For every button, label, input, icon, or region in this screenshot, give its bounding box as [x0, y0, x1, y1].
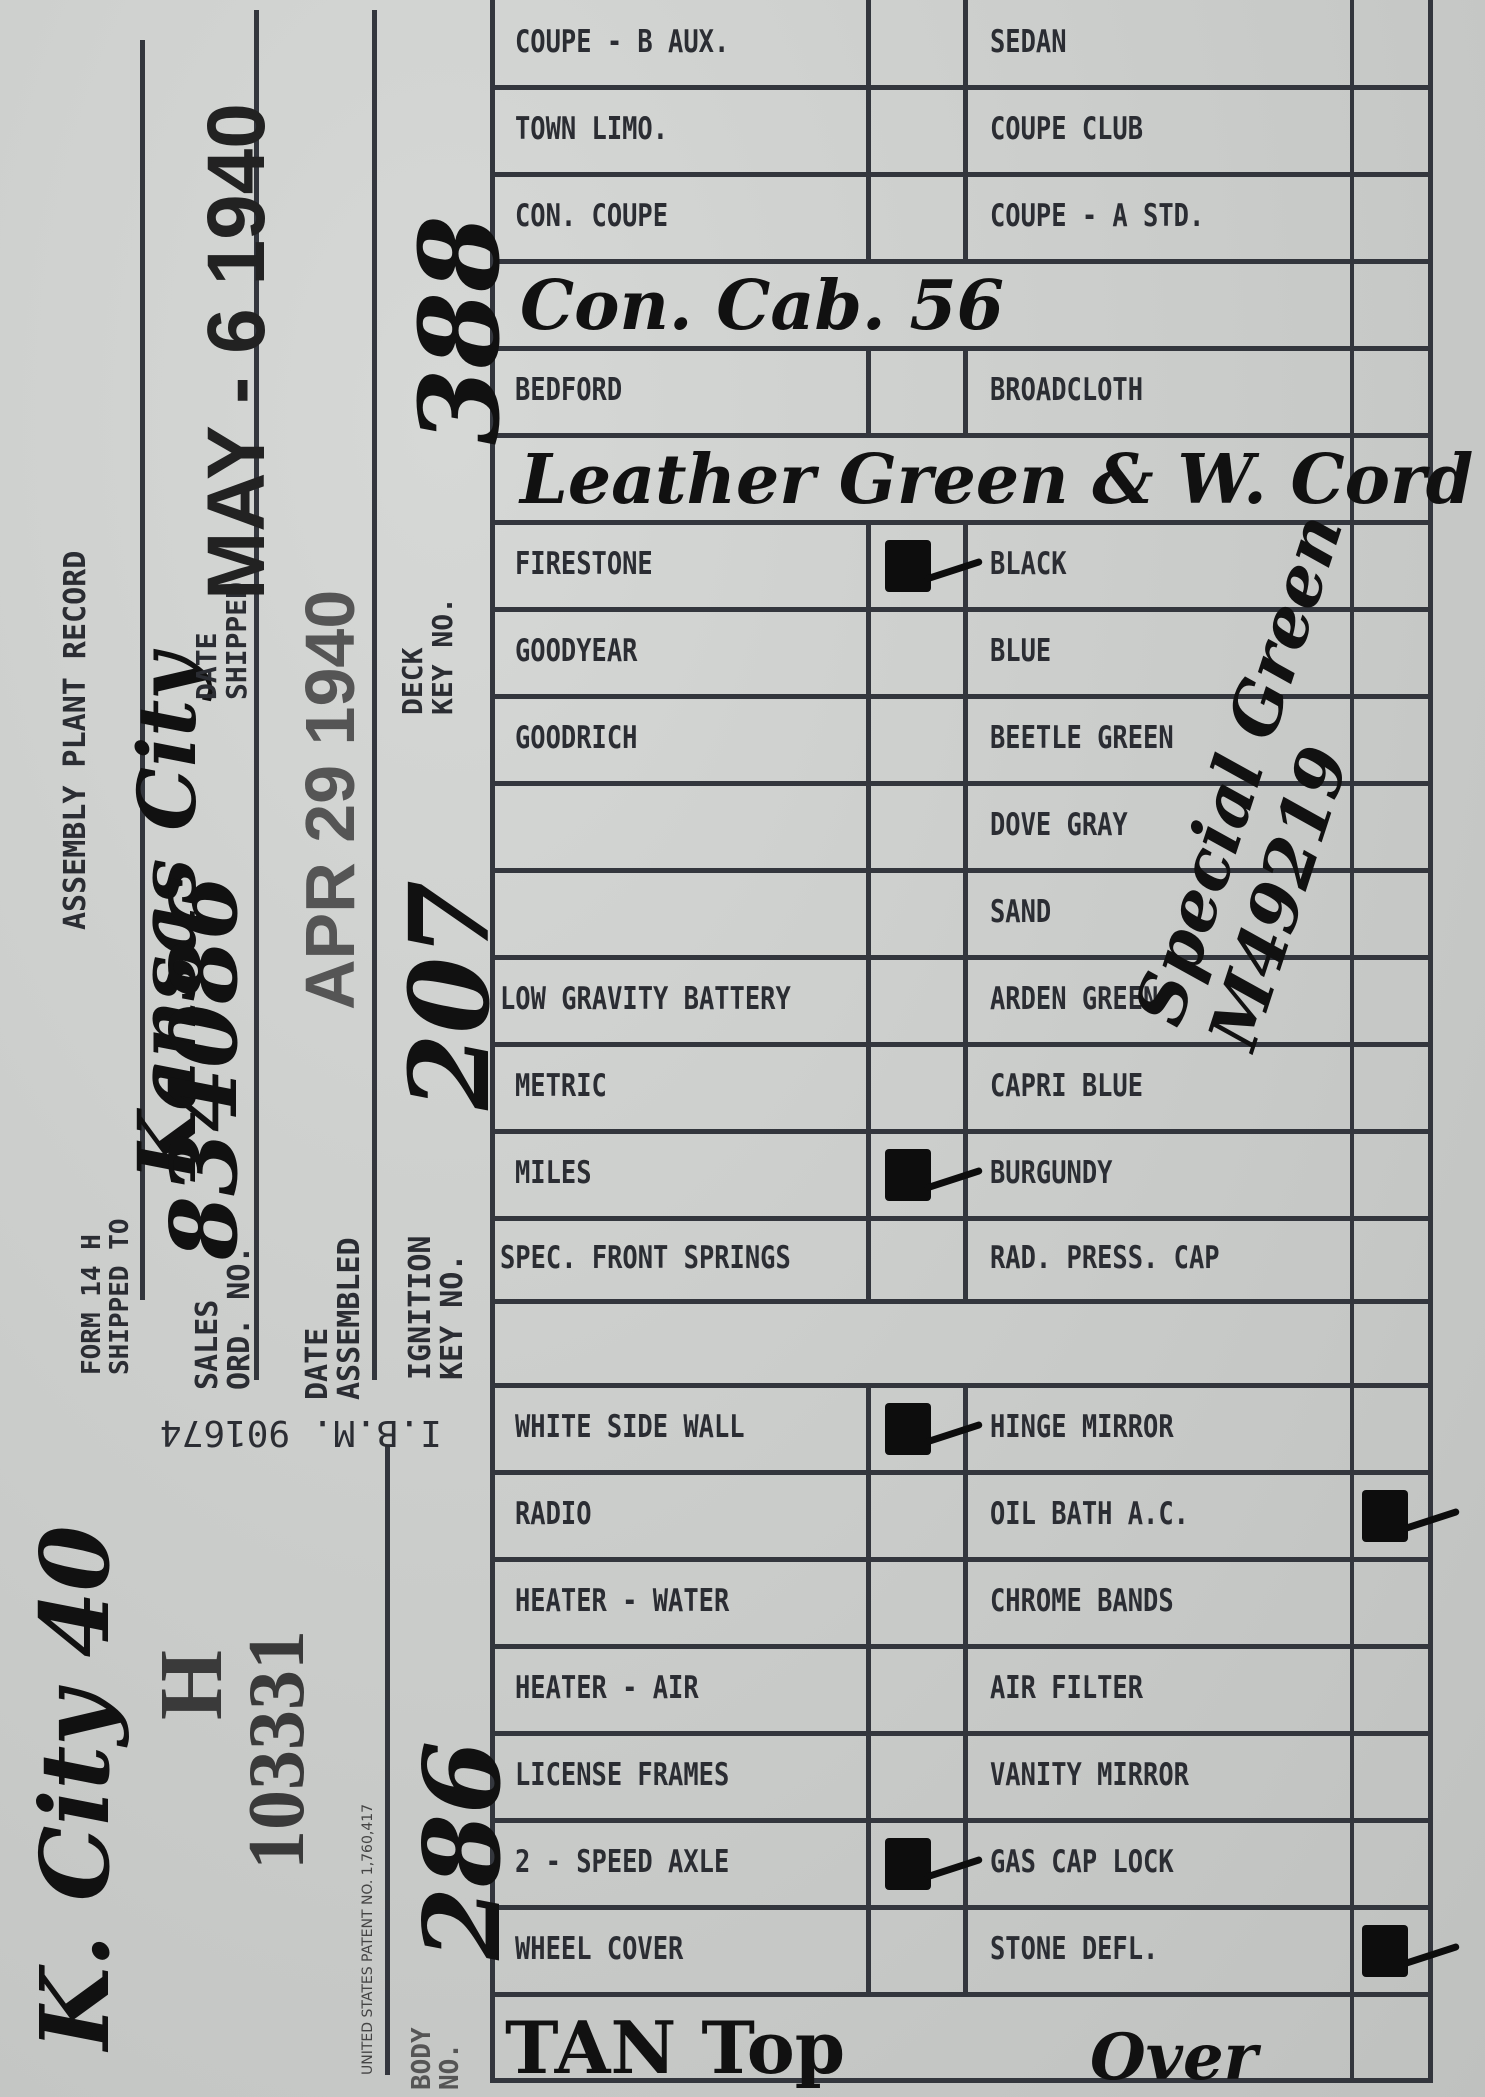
option-label-right: HINGE MIRROR [990, 1409, 1174, 1445]
value-deck-key: 388 [395, 215, 524, 445]
grid-check-divider [963, 348, 968, 435]
handwritten-row-note: Leather Green & W. Cord [520, 440, 1473, 520]
grid-col-divider [866, 522, 871, 1301]
label-body-no: BODY NO. [408, 2027, 464, 2090]
value-body-no: 286 [400, 1741, 524, 1960]
grid-row-line [490, 1470, 1433, 1475]
option-label-right: SEDAN [990, 24, 1067, 60]
option-label-left: HEATER - AIR [515, 1670, 699, 1706]
option-label-right: BURGUNDY [990, 1155, 1112, 1191]
option-label-left: GOODYEAR [515, 633, 637, 669]
checkmark-tail [924, 1420, 983, 1445]
grid-col-divider [866, 1385, 871, 1994]
grid-row-line [490, 1383, 1433, 1388]
option-label-left: 2 - SPEED AXLE [515, 1844, 729, 1880]
grid-check-divider [963, 0, 968, 261]
option-label-left: WHEEL COVER [515, 1931, 683, 1967]
option-label-right: CAPRI BLUE [990, 1068, 1143, 1104]
checkmark-icon-right[interactable] [1362, 1490, 1408, 1542]
grid-row-line [490, 1129, 1433, 1134]
grid-check-divider [963, 1385, 968, 1994]
option-label-left: LICENSE FRAMES [515, 1757, 729, 1793]
option-label-left: GOODRICH [515, 720, 637, 756]
grid-row-line [490, 85, 1433, 90]
option-label-right: OIL BATH A.C. [990, 1496, 1189, 1532]
grid-col-divider [866, 0, 871, 261]
option-label-left: CON. COUPE [515, 198, 668, 234]
grid-right-col [1350, 0, 1354, 2080]
footer-over: Over [1090, 2020, 1257, 2095]
option-label-left: LOW GRAVITY BATTERY [500, 981, 791, 1017]
option-label-right: VANITY MIRROR [990, 1757, 1189, 1793]
divider-left-3 [372, 10, 377, 1380]
option-label-left: BEDFORD [515, 372, 622, 408]
grid-col-divider [866, 348, 871, 435]
option-label-right: RAD. PRESS. CAP [990, 1240, 1220, 1276]
option-label-right: CHROME BANDS [990, 1583, 1174, 1619]
handwritten-city-code: K. City 40 [20, 1525, 131, 2050]
grid-row-line [490, 1644, 1433, 1649]
label-ignition-key-no: IGNITION KEY NO. [405, 1236, 469, 1381]
assembly-plant-record-card: COUPE - B AUX.SEDANTOWN LIMO.COUPE CLUBC… [0, 0, 1485, 2097]
option-label-left: WHITE SIDE WALL [515, 1409, 745, 1445]
option-label-left: COUPE - B AUX. [515, 24, 729, 60]
grid-row-line [490, 1992, 1433, 1997]
grid-row-line [490, 172, 1433, 177]
grid-row-line [490, 346, 1433, 351]
grid-row-line [490, 1557, 1433, 1562]
label-deck-key-no: DECK KEY NO. [398, 597, 458, 715]
checkmark-icon-left[interactable] [885, 1838, 931, 1890]
grid-row-line [490, 1905, 1433, 1910]
option-label-right: SAND [990, 894, 1051, 930]
option-label-right: BLACK [990, 546, 1067, 582]
label-sales-ord-no: SALES ORD. NO. [192, 1246, 256, 1391]
option-label-right: BROADCLOTH [990, 372, 1143, 408]
checkmark-icon-left[interactable] [885, 1403, 931, 1455]
checkmark-icon-left[interactable] [885, 540, 931, 592]
option-label-right: DOVE GRAY [990, 807, 1128, 843]
checkmark-tail [924, 1855, 983, 1880]
handwritten-row-note: Con. Cab. 56 [520, 266, 1004, 346]
option-label-right: GAS CAP LOCK [990, 1844, 1174, 1880]
serial-number: 103331 [232, 1630, 323, 1870]
option-label-left: MILES [515, 1155, 592, 1191]
serial-prefix: H [140, 1650, 243, 1720]
grid-right-edge [1428, 0, 1433, 2080]
option-label-right: AIR FILTER [990, 1670, 1143, 1706]
value-sales-order: 834086 [150, 876, 258, 1260]
grid-row-line [490, 259, 1433, 264]
grid-row-line [490, 1299, 1433, 1304]
option-label-right: BLUE [990, 633, 1051, 669]
value-date-assembled: APR 29 1940 [290, 590, 370, 1010]
option-label-left: HEATER - WATER [515, 1583, 729, 1619]
option-label-left: RADIO [515, 1496, 592, 1532]
option-label-right: STONE DEFL. [990, 1931, 1158, 1967]
checkmark-tail [924, 1166, 983, 1191]
title-assembly-plant-record: ASSEMBLY PLANT RECORD [62, 551, 90, 930]
option-label-right: COUPE CLUB [990, 111, 1143, 147]
patent-text: UNITED STATES PATENT NO. 1,760,417 [360, 1804, 376, 2075]
option-label-left: TOWN LIMO. [515, 111, 668, 147]
ibm-number: I.B.M. 901674 [160, 1418, 442, 1446]
grid-check-divider [963, 522, 968, 1301]
divider-left-4 [385, 1445, 390, 2075]
option-label-right: BEETLE GREEN [990, 720, 1174, 756]
option-label-left: SPEC. FRONT SPRINGS [500, 1240, 791, 1276]
footer-tan-top: TAN Top [505, 2005, 845, 2090]
checkmark-tail [924, 557, 983, 582]
checkmark-icon-left[interactable] [885, 1149, 931, 1201]
grid-row-line [490, 1042, 1433, 1047]
value-ignition-key: 207 [385, 880, 514, 1110]
option-label-right: COUPE - A STD. [990, 198, 1204, 234]
checkmark-icon-right[interactable] [1362, 1925, 1408, 1977]
value-date-shipped: MAY - 6 1940 [190, 103, 284, 600]
grid-row-line [490, 1731, 1433, 1736]
grid-row-line [490, 1216, 1433, 1221]
label-form-shipped-to: FORM 14 H SHIPPED TO [78, 1218, 134, 1375]
option-label-left: FIRESTONE [515, 546, 653, 582]
option-label-left: METRIC [515, 1068, 607, 1104]
grid-row-line [490, 433, 1433, 438]
label-date-assembled: DATE ASSEMBLED [302, 1237, 366, 1400]
grid-row-line [490, 1818, 1433, 1823]
